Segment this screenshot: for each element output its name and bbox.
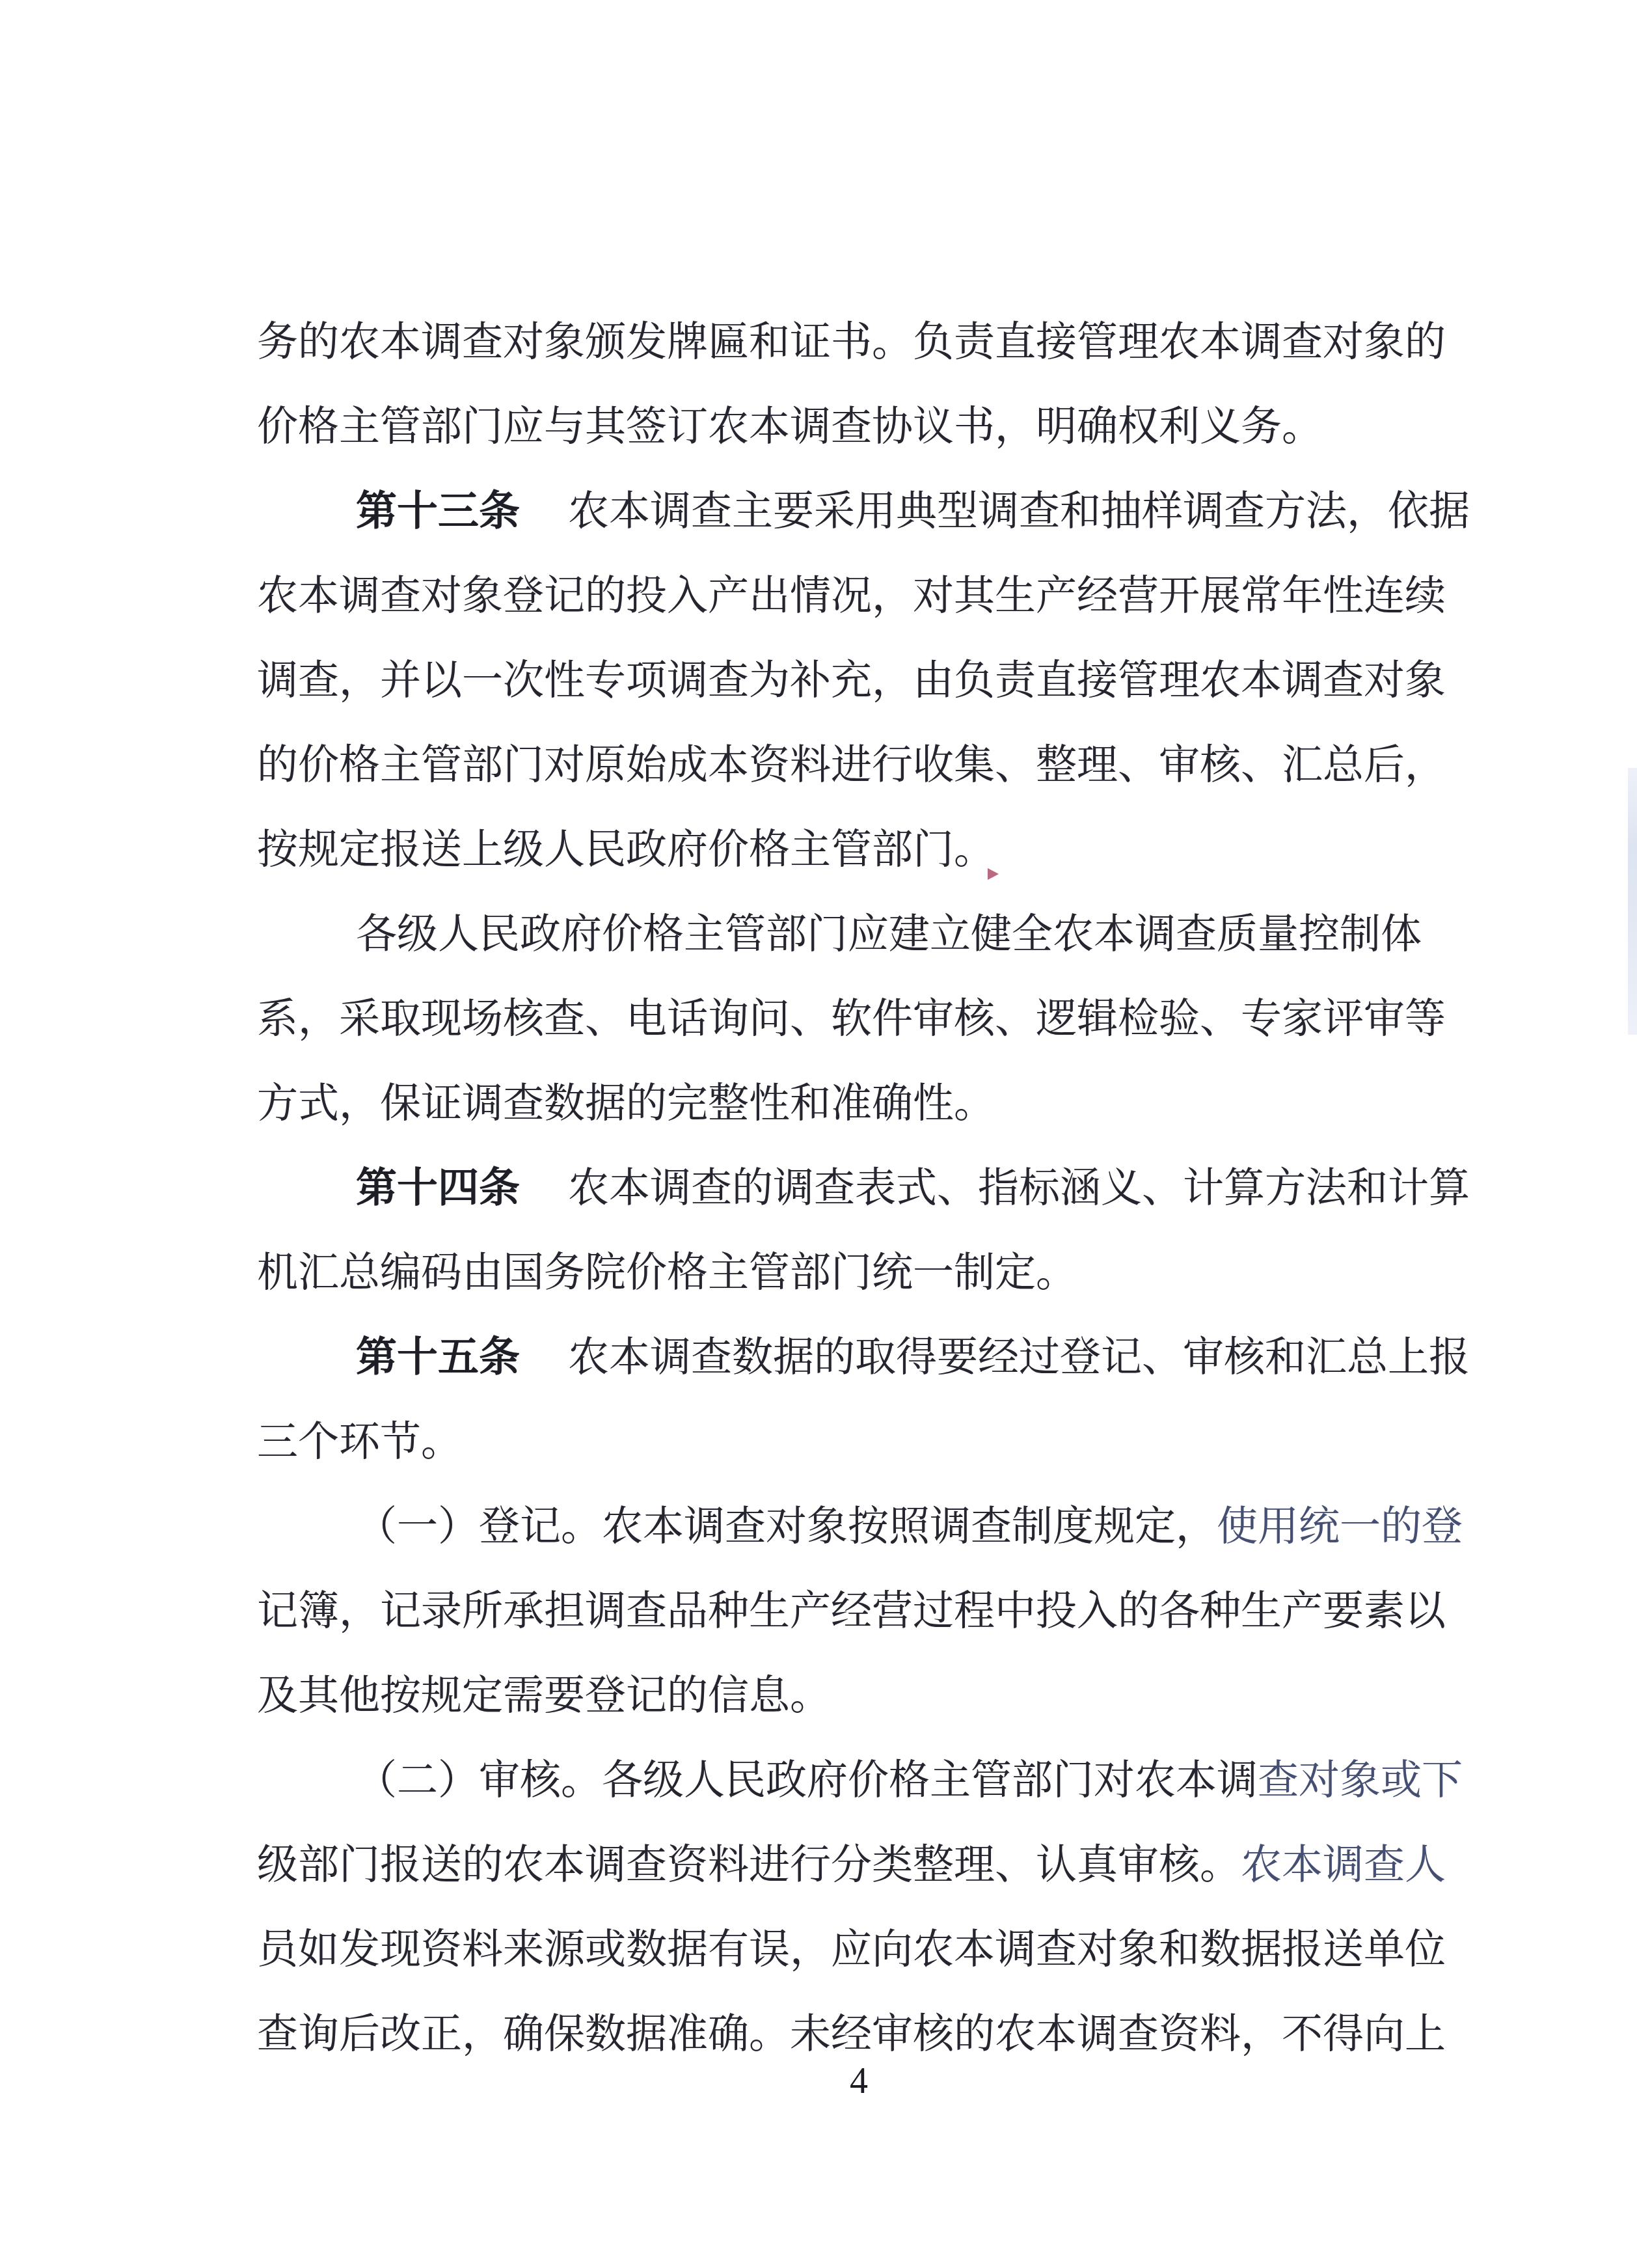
text-line-16: 记簿，记录所承担调查品种生产经营过程中投入的各种生产要素以 [257, 1568, 1435, 1653]
text-line-4: 农本调查对象登记的投入产出情况，对其生产经营开展常年性连续 [257, 553, 1435, 638]
line-text: 系，采取现场核查、电话询问、软件审核、逻辑检验、专家评审等 [257, 996, 1446, 1041]
line-text: 各级人民政府价格主管部门应建立健全农本调查质量控制体 [356, 911, 1422, 957]
line-text: 三个环节。 [257, 1419, 462, 1464]
line-text: 员如发现资料来源或数据有误，应向农本调查对象和数据报送单位 [257, 1926, 1446, 1972]
text-line-13: 第十五条农本调查数据的取得要经过登记、审核和汇总上报 [257, 1315, 1435, 1399]
text-line-12: 机汇总编码由国务院价格主管部门统一制定。 [257, 1230, 1435, 1315]
text-line-15: （一）登记。农本调查对象按照调查制度规定，使用统一的登 [257, 1484, 1435, 1568]
line-text: 价格主管部门应与其签订农本调查协议书，明确权利义务。 [257, 403, 1323, 449]
text-line-7: 按规定报送上级人民政府价格主管部门。 [257, 807, 1435, 892]
line-text: 方式，保证调查数据的完整性和准确性。 [257, 1080, 995, 1126]
red-annotation-mark-icon [988, 868, 999, 880]
line-text: 及其他按规定需要登记的信息。 [257, 1673, 831, 1718]
article-14-heading: 第十四条 [356, 1165, 520, 1210]
text-line-20: 员如发现资料来源或数据有误，应向农本调查对象和数据报送单位 [257, 1907, 1435, 1991]
text-line-9: 系，采取现场核查、电话询问、软件审核、逻辑检验、专家评审等 [257, 976, 1435, 1061]
text-line-17: 及其他按规定需要登记的信息。 [257, 1653, 1435, 1738]
line-text: 的价格主管部门对原始成本资料进行收集、整理、审核、汇总后， [257, 742, 1446, 787]
document-text-block: 务的农本调查对象颁发牌匾和证书。负责直接管理农本调查对象的 价格主管部门应与其签… [257, 299, 1435, 2076]
line-text: 农本调查数据的取得要经过登记、审核和汇总上报 [568, 1334, 1470, 1380]
line-text: 查询后改正，确保数据准确。未经审核的农本调查资料，不得向上 [257, 2011, 1446, 2056]
line-text: 机汇总编码由国务院价格主管部门统一制定。 [257, 1250, 1077, 1295]
line-text: 调查，并以一次性专项调查为补充，由负责直接管理农本调查对象 [257, 657, 1446, 703]
text-line-8: 各级人民政府价格主管部门应建立健全农本调查质量控制体 [257, 892, 1435, 976]
line-text-blue: 使用统一的登 [1217, 1503, 1463, 1549]
article-13-heading: 第十三条 [356, 488, 520, 534]
line-text-blue: 农本调查人 [1241, 1842, 1446, 1887]
line-text-blue: 查对象或下 [1258, 1757, 1463, 1803]
line-text: 记簿，记录所承担调查品种生产经营过程中投入的各种生产要素以 [257, 1588, 1446, 1633]
text-line-6: 的价格主管部门对原始成本资料进行收集、整理、审核、汇总后， [257, 722, 1435, 807]
scanned-document-page: 务的农本调查对象颁发牌匾和证书。负责直接管理农本调查对象的 价格主管部门应与其签… [0, 0, 1637, 2268]
text-line-3: 第十三条农本调查主要采用典型调查和抽样调查方法，依据 [257, 469, 1435, 553]
text-line-2: 价格主管部门应与其签订农本调查协议书，明确权利义务。 [257, 384, 1435, 469]
article-15-heading: 第十五条 [356, 1334, 520, 1380]
text-line-1: 务的农本调查对象颁发牌匾和证书。负责直接管理农本调查对象的 [257, 299, 1435, 384]
text-line-5: 调查，并以一次性专项调查为补充，由负责直接管理农本调查对象 [257, 638, 1435, 722]
line-text: 农本调查主要采用典型调查和抽样调查方法，依据 [568, 488, 1470, 534]
line-text: （一）登记。农本调查对象按照调查制度规定， [356, 1503, 1217, 1549]
line-text: （二）审核。各级人民政府价格主管部门对农本调 [356, 1757, 1258, 1803]
scan-artifact-strip [1628, 768, 1637, 1035]
line-text: 级部门报送的农本调查资料进行分类整理、认真审核。 [257, 1842, 1241, 1887]
text-line-14: 三个环节。 [257, 1399, 1435, 1484]
line-text: 农本调查的调查表式、指标涵义、计算方法和计算 [568, 1165, 1470, 1210]
text-line-18: （二）审核。各级人民政府价格主管部门对农本调查对象或下 [257, 1738, 1435, 1822]
text-line-19: 级部门报送的农本调查资料进行分类整理、认真审核。农本调查人 [257, 1822, 1435, 1907]
line-text: 按规定报送上级人民政府价格主管部门。 [257, 827, 995, 872]
line-text: 务的农本调查对象颁发牌匾和证书。负责直接管理农本调查对象的 [257, 319, 1446, 364]
page-number: 4 [836, 2062, 882, 2101]
text-line-10: 方式，保证调查数据的完整性和准确性。 [257, 1061, 1435, 1145]
text-line-11: 第十四条农本调查的调查表式、指标涵义、计算方法和计算 [257, 1145, 1435, 1230]
line-text: 农本调查对象登记的投入产出情况，对其生产经营开展常年性连续 [257, 573, 1446, 618]
